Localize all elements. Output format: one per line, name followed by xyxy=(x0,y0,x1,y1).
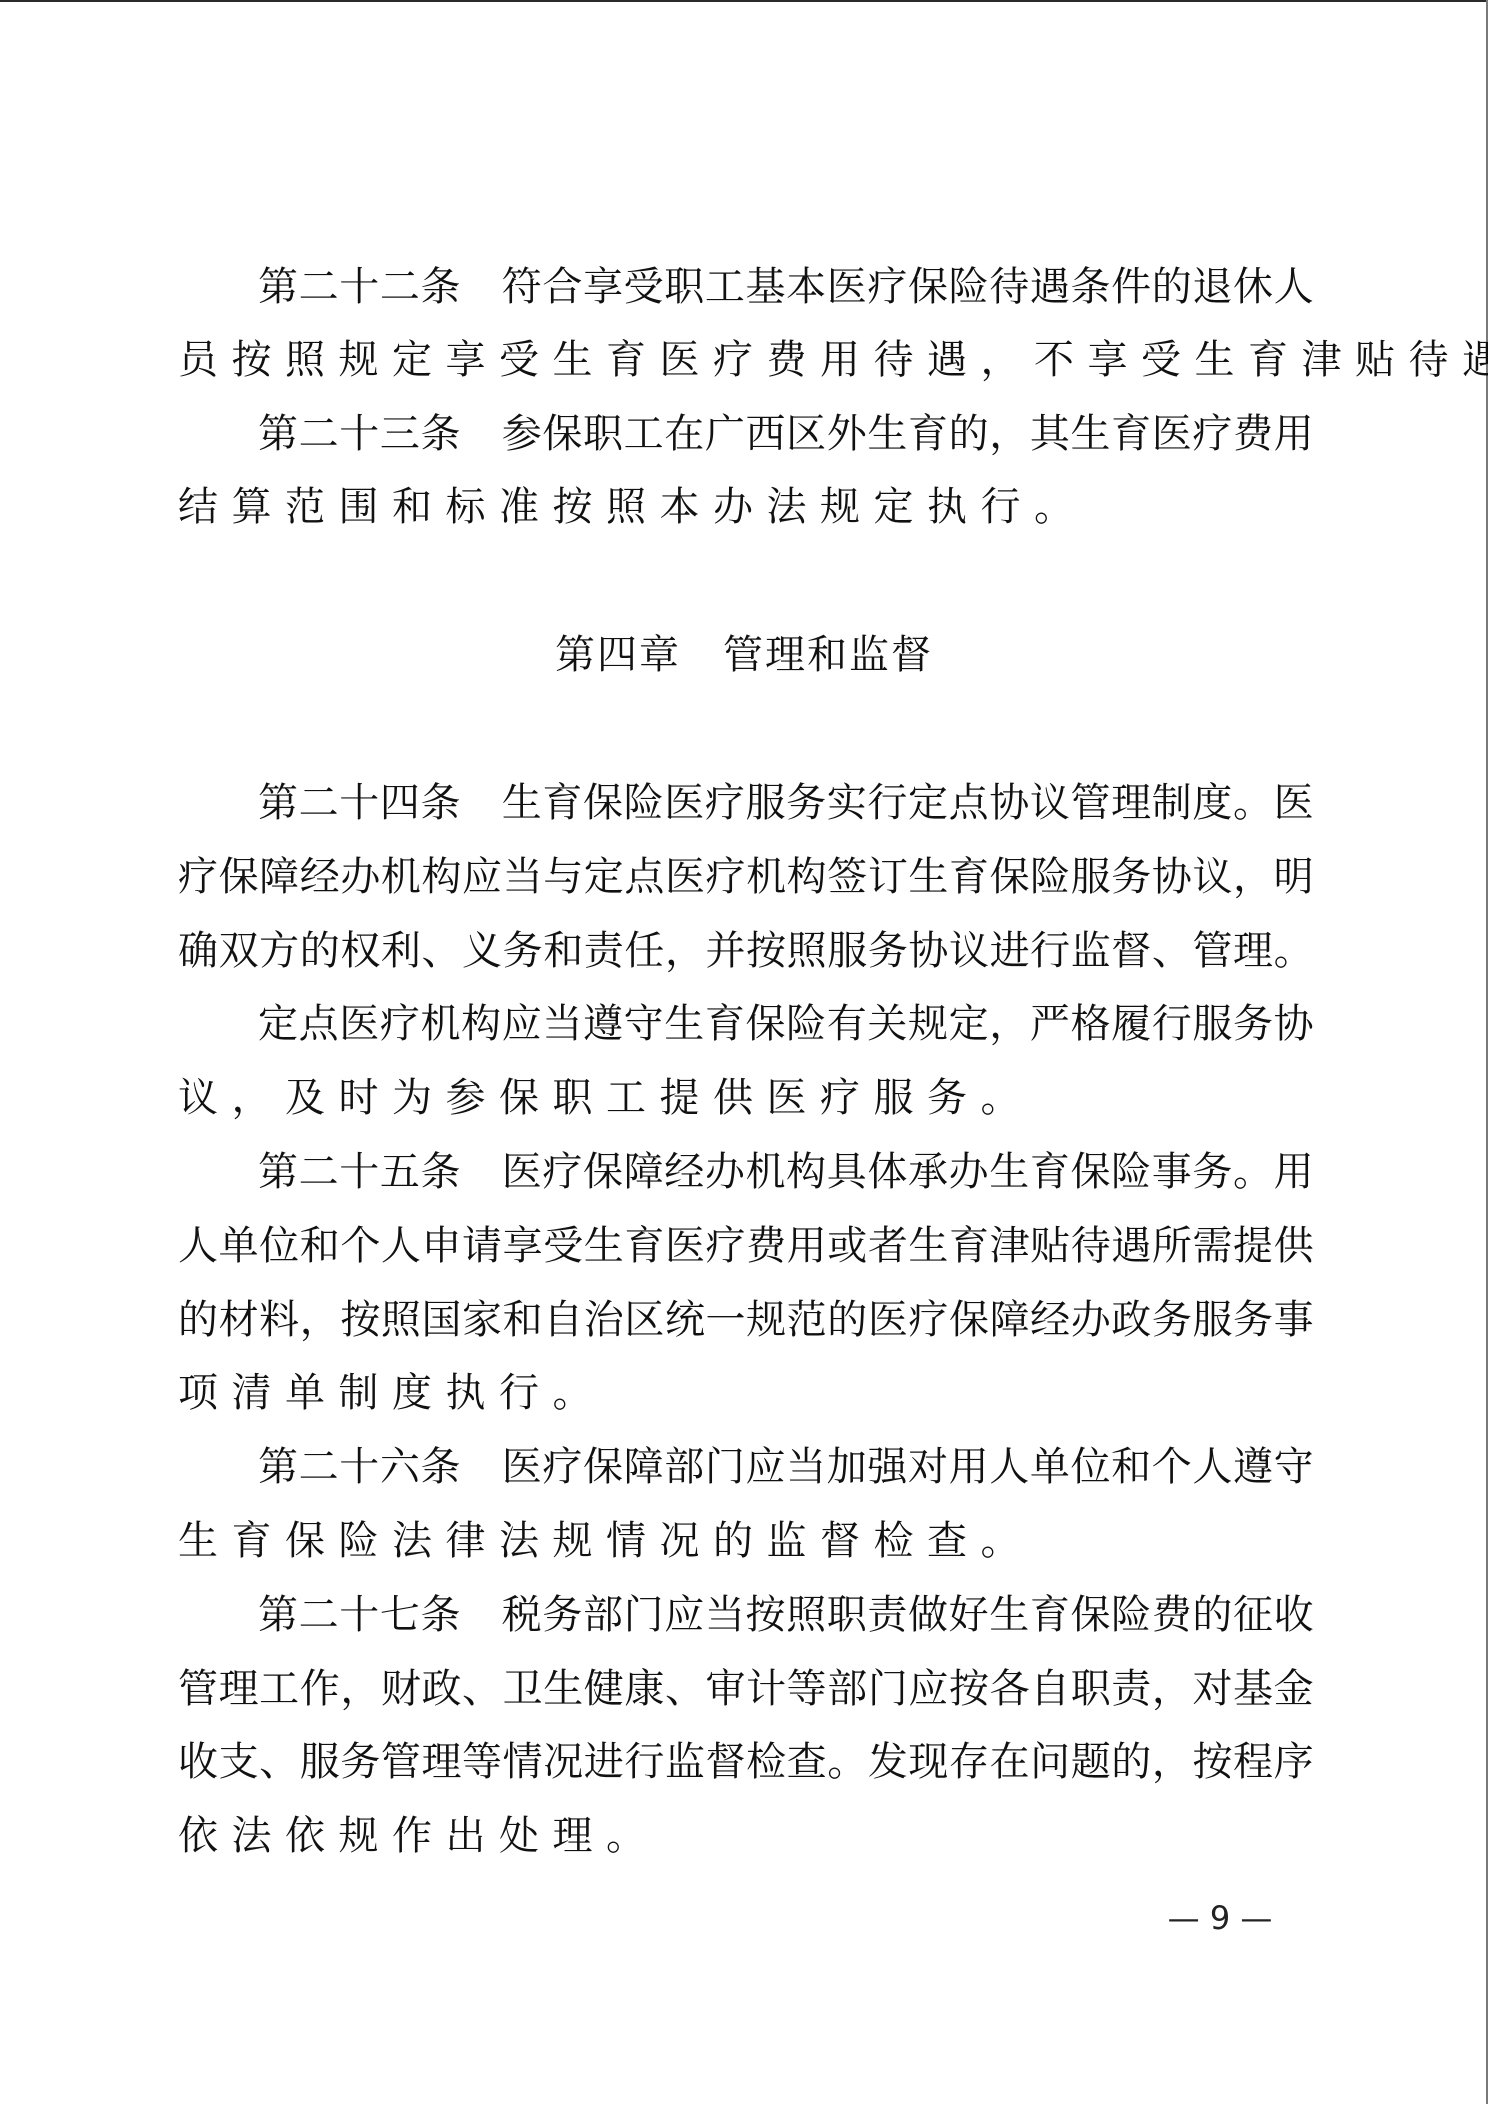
text-line: 依法依规作出处理。 xyxy=(178,1799,1314,1873)
text-line: 的材料，按照国家和自治区统一规范的医疗保障经办政务服务事 xyxy=(178,1283,1314,1357)
page-number: — 9 — xyxy=(1160,1898,1280,1938)
text-line: 结算范围和标准按照本办法规定执行。 xyxy=(178,470,1314,544)
text-line: 第二十四条 生育保险医疗服务实行定点协议管理制度。医 xyxy=(258,766,1314,840)
text-line: 生育保险法律法规情况的监督检查。 xyxy=(178,1504,1314,1578)
text-line: 人单位和个人申请享受生育医疗费用或者生育津贴待遇所需提供 xyxy=(178,1209,1314,1283)
text-line: 议，及时为参保职工提供医疗服务。 xyxy=(178,1061,1314,1135)
text-line: 定点医疗机构应当遵守生育保险有关规定，严格履行服务协 xyxy=(258,987,1314,1061)
text-line: 第二十七条 税务部门应当按照职责做好生育保险费的征收 xyxy=(258,1578,1314,1652)
chapter-heading: 第四章 管理和监督 xyxy=(0,618,1488,692)
text-line: 第二十六条 医疗保障部门应当加强对用人单位和个人遵守 xyxy=(258,1430,1314,1504)
text-line: 员按照规定享受生育医疗费用待遇，不享受生育津贴待遇。 xyxy=(178,323,1314,397)
text-line: 收支、服务管理等情况进行监督检查。发现存在问题的，按程序 xyxy=(178,1725,1314,1799)
text-line: 第二十三条 参保职工在广西区外生育的，其生育医疗费用 xyxy=(258,397,1314,471)
text-line: 疗保障经办机构应当与定点医疗机构签订生育保险服务协议，明 xyxy=(178,840,1314,914)
text-line: 项清单制度执行。 xyxy=(178,1356,1314,1430)
text-line: 确双方的权利、义务和责任，并按照服务协议进行监督、管理。 xyxy=(178,914,1314,988)
text-line: 第二十五条 医疗保障经办机构具体承办生育保险事务。用 xyxy=(258,1135,1314,1209)
text-line: 第二十二条 符合享受职工基本医疗保险待遇条件的退休人 xyxy=(258,250,1314,324)
page-border-top xyxy=(0,0,1488,2)
text-line: 管理工作，财政、卫生健康、审计等部门应按各自职责，对基金 xyxy=(178,1652,1314,1726)
